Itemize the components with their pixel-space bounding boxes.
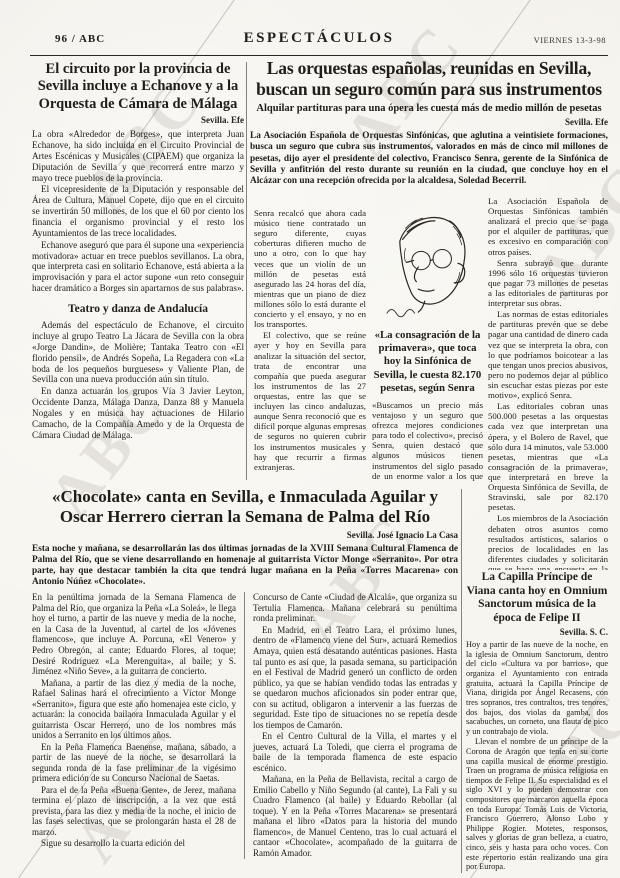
paragraph: Senra subrayó que durante 1996 sólo 16 o… [488,258,608,309]
newspaper-page: ABC ABC ABC ABC ABC ABC ABC 96 / ABC ESP… [0,0,620,878]
article-orquestas: Las orquestas españolas, reunidas en Sev… [250,58,608,187]
paragraph: Mañana, a partir de las diez y media de … [32,678,236,741]
paragraph: Las editoriales cobran unas 500.000 pese… [488,401,608,512]
article-chocolate-column-1: En la penúltima jornada de la Semana Fla… [32,592,236,859]
paragraph: Mañana, en la Peña de Bellavista, recita… [253,774,457,858]
article-orquestas-column-2: «La consagración de la primavera», que t… [372,208,483,482]
paragraph: Hoy a partir de las nueve de la noche, e… [466,640,608,736]
paragraph: Para el de la Peña «Buena Gente», de Jer… [32,785,236,838]
paragraph: El vicepresidente de la Diputación y res… [32,184,244,238]
paragraph: Senra recalcó que ahora cada músico tien… [254,208,366,329]
header-rule [30,55,608,56]
paragraph: «Buscamos un precio más ventajoso y un s… [372,400,483,482]
article-chocolate: «Chocolate» canta en Sevilla, e Inmacula… [32,487,458,876]
article-orquestas-headline: Las orquestas españolas, reunidas en Sev… [250,58,608,99]
column-rule [244,592,245,859]
article-capilla-headline: La Capilla Príncipe de Viana canta hoy e… [466,571,608,625]
paragraph: En Madrid, en el Teatro Lara, el próximo… [253,625,457,730]
article-chocolate-lead: Esta noche y mañana, se desarrollarán la… [32,544,458,589]
senra-caricature-illustration [372,208,483,326]
paragraph: Las normas de estas editoriales de parti… [488,309,608,400]
column-rule [246,62,247,480]
article-circuito: El circuito por la provincia de Sevilla … [32,61,244,480]
date-label: VIERNES 13-3-98 [534,35,606,45]
paragraph: Además del espectáculo de Echanove, el c… [32,320,244,385]
paragraph: La obra «Alrededor de Borges», que inter… [32,129,244,183]
article-orquestas-lead: La Asociación Española de Orquestas Sinf… [250,131,608,187]
paragraph: El colectivo, que se reúne ayer y hoy en… [254,330,366,472]
paragraph: En danza actuarán los grupos Vía 3 Javie… [32,386,244,440]
paragraph: En el Centro Cultural de la Villa, el ma… [253,731,457,773]
pull-quote: «La consagración de la primavera», que t… [372,329,483,395]
article-capilla: La Capilla Príncipe de Viana canta hoy e… [466,571,608,877]
paragraph: Echanove aseguró que para él supone una … [32,240,244,294]
page-header: 96 / ABC ESPECTÁCULOS VIERNES 13-3-98 [30,30,608,50]
paragraph: En la Peña Flamenca Baenense, mañana, sá… [32,742,236,784]
article-capilla-byline: Sevilla. S. C. [466,627,608,637]
section-title: ESPECTÁCULOS [30,30,608,47]
paragraph: En la penúltima jornada de la Semana Fla… [32,592,236,676]
article-orquestas-subhead: Alquilar partituras para una ópera les c… [250,103,608,114]
article-chocolate-byline: Sevilla. José Ignacio La Casa [32,530,458,540]
article-orquestas-column-1: Senra recalcó que ahora cada músico tien… [254,208,366,482]
article-circuito-headline: El circuito por la provincia de Sevilla … [32,61,244,113]
paragraph: Concurso de Cante «Ciudad de Alcalá», qu… [253,592,457,624]
paragraph: Llevan el nombre de un príncipe de la Co… [466,737,608,872]
article-circuito-subhead: Teatro y danza de Andalucía [32,303,244,315]
paragraph: Sigue su desarrollo la cuarta edición de… [32,838,236,849]
article-orquestas-column-3: La Asociación Española de Orquestas Sinf… [488,196,608,570]
article-orquestas-byline: Sevilla. Efe [250,117,608,127]
column-rule [461,489,462,873]
article-chocolate-column-2: Concurso de Cante «Ciudad de Alcalá», qu… [253,592,457,859]
article-chocolate-headline: «Chocolate» canta en Sevilla, e Inmacula… [32,487,458,528]
article-circuito-byline: Sevilla. Efe [32,115,244,125]
paragraph: La Asociación Española de Orquestas Sinf… [488,196,608,257]
paragraph: Los miembros de la Asociación debaten ot… [488,513,608,570]
